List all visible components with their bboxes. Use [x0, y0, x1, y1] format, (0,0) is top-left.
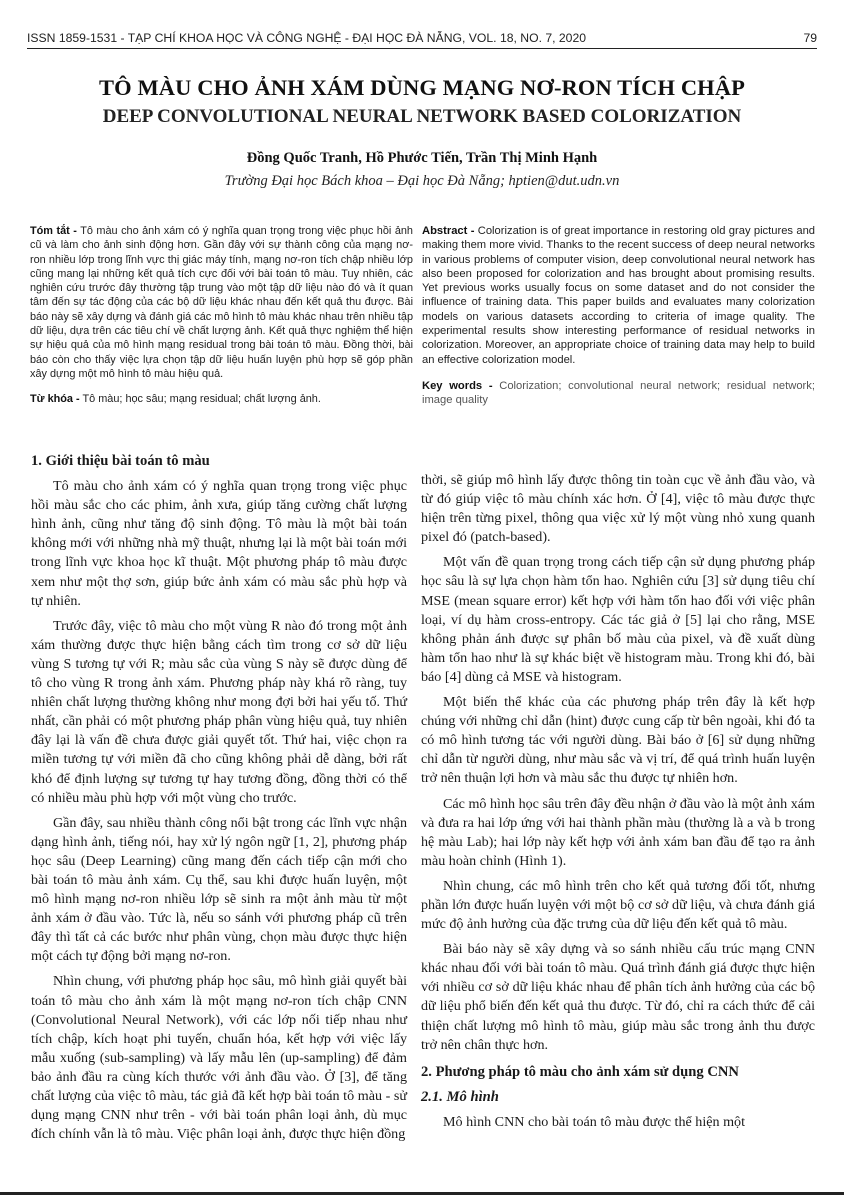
paragraph: Một vấn đề quan trọng trong cách tiếp cậ…: [421, 553, 815, 687]
abstract-english: Abstract - Colorization is of great impo…: [422, 224, 815, 417]
abstract-vn-text: Tóm tắt - Tô màu cho ảnh xám có ý nghĩa …: [30, 224, 413, 381]
paragraph: Một biến thể khác của các phương pháp tr…: [421, 693, 815, 788]
abstract-en-text: Abstract - Colorization is of great impo…: [422, 224, 815, 367]
keywords-vn: Từ khóa - Tô màu; học sâu; mạng residual…: [30, 392, 413, 406]
abstract-vn-body: Tô màu cho ảnh xám có ý nghĩa quan trọng…: [30, 225, 413, 380]
section-2-heading: 2. Phương pháp tô màu cho ảnh xám sử dụn…: [421, 1063, 815, 1082]
paragraph: Mô hình CNN cho bài toán tô màu được thể…: [421, 1113, 815, 1132]
paragraph: Gần đây, sau nhiều thành công nổi bật tr…: [31, 814, 407, 967]
keywords-vn-label: Từ khóa -: [30, 393, 80, 405]
abstract-vn-label: Tóm tắt -: [30, 225, 77, 237]
affiliation: Trường Đại học Bách khoa – Đại học Đà Nẵ…: [0, 173, 844, 190]
paragraph: Trước đây, việc tô màu cho một vùng R nà…: [31, 617, 407, 808]
section-1-heading: 1. Giới thiệu bài toán tô màu: [31, 452, 407, 471]
paragraph: thời, sẽ giúp mô hình lấy được thông tin…: [421, 471, 815, 547]
subsection-2-1-heading: 2.1. Mô hình: [421, 1088, 815, 1107]
journal-info: ISSN 1859-1531 - TẠP CHÍ KHOA HỌC VÀ CÔN…: [27, 31, 586, 45]
keywords-en-label: Key words -: [422, 380, 493, 392]
abstract-vietnamese: Tóm tắt - Tô màu cho ảnh xám có ý nghĩa …: [30, 224, 413, 416]
body-column-left: 1. Giới thiệu bài toán tô màu Tô màu cho…: [31, 452, 407, 1150]
body-column-right: thời, sẽ giúp mô hình lấy được thông tin…: [421, 471, 815, 1138]
keywords-en: Key words - Colorization; convolutional …: [422, 379, 815, 408]
paper-title-english: DEEP CONVOLUTIONAL NEURAL NETWORK BASED …: [0, 106, 844, 128]
abstract-en-body: Colorization is of great importance in r…: [422, 225, 815, 366]
authors: Đồng Quốc Tranh, Hồ Phước Tiến, Trần Thị…: [0, 150, 844, 167]
keywords-vn-text: Tô màu; học sâu; mạng residual; chất lượ…: [80, 393, 321, 405]
paragraph: Tô màu cho ảnh xám có ý nghĩa quan trọng…: [31, 477, 407, 611]
running-header: ISSN 1859-1531 - TẠP CHÍ KHOA HỌC VÀ CÔN…: [27, 29, 817, 49]
paper-title-vietnamese: TÔ MÀU CHO ẢNH XÁM DÙNG MẠNG NƠ-RON TÍCH…: [0, 75, 844, 101]
paragraph: Nhìn chung, với phương pháp học sâu, mô …: [31, 972, 407, 1144]
paragraph: Bài báo này sẽ xây dựng và so sánh nhiều…: [421, 940, 815, 1055]
page-number: 79: [803, 31, 817, 45]
paragraph: Nhìn chung, các mô hình trên cho kết quả…: [421, 877, 815, 934]
abstract-en-label: Abstract -: [422, 225, 474, 237]
paragraph: Các mô hình học sâu trên đây đều nhận ở …: [421, 795, 815, 871]
